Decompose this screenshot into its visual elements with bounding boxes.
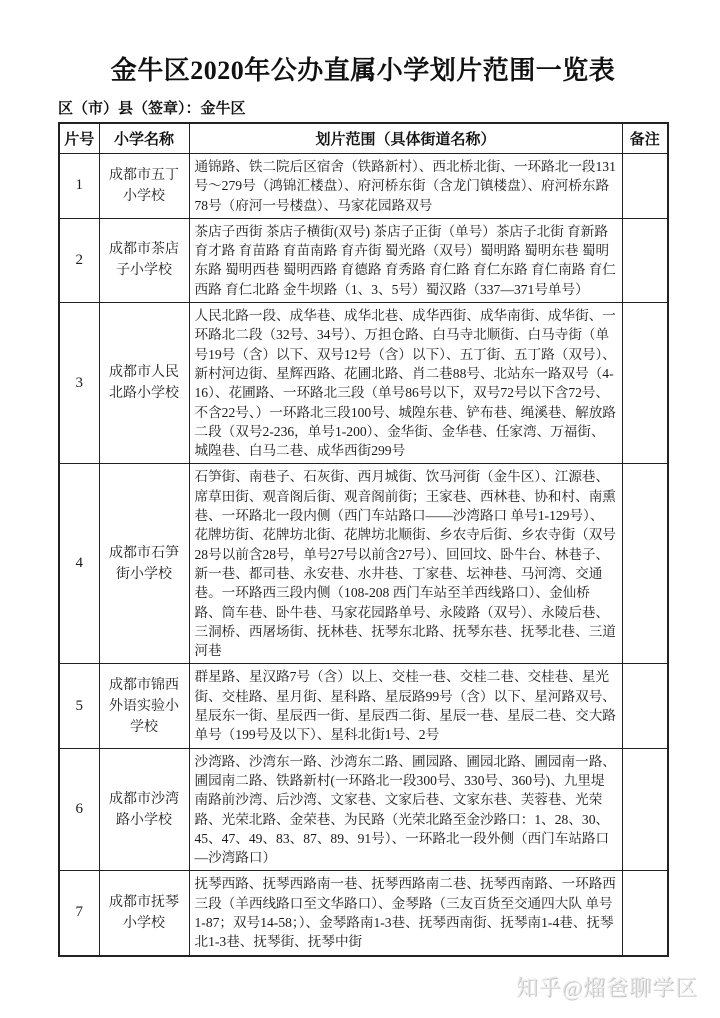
remarks-cell <box>622 218 668 302</box>
header-remarks: 备注 <box>622 123 668 154</box>
piece-number-cell: 7 <box>59 871 99 956</box>
remarks-cell <box>622 154 668 219</box>
piece-number-cell: 4 <box>59 464 99 664</box>
piece-number-cell: 3 <box>59 303 99 464</box>
document-page: 金牛区2020年公办直属小学划片范围一览表 区（市）县（签章）：金牛区 片号 小… <box>58 0 668 957</box>
header-school-name: 小学名称 <box>99 123 189 154</box>
header-piece-number: 片号 <box>59 123 99 154</box>
piece-number-cell: 2 <box>59 218 99 302</box>
zoning-range-cell: 石笋街、南巷子、石灰街、西月城街、饮马河街（金牛区）、江源巷、席草田街、观音阁后… <box>189 464 622 664</box>
table-row: 2 成都市茶店子小学校 茶店子西街 茶店子横街(双号) 茶店子正街（单号）茶店子… <box>59 218 668 302</box>
school-name-cell: 成都市茶店子小学校 <box>99 218 189 302</box>
zoning-range-cell: 通锦路、铁二院后区宿舍（铁路新村）、西北桥北街、一环路北一段131号～279号（… <box>189 154 622 219</box>
zoning-range-cell: 沙湾路、沙湾东一路、沙湾东二路、圃园路、圃园北路、圃园南一路、圃园南二路、铁路新… <box>189 748 622 871</box>
remarks-cell <box>622 664 668 748</box>
header-zoning-range: 划片范围（具体街道名称） <box>189 123 622 154</box>
table-row: 6 成都市沙湾路小学校 沙湾路、沙湾东一路、沙湾东二路、圃园路、圃园北路、圃园南… <box>59 748 668 871</box>
district-signature-line: 区（市）县（签章）：金牛区 <box>58 97 668 118</box>
remarks-cell <box>622 748 668 871</box>
table-row: 3 成都市人民北路小学校 人民北路一段、成华巷、成华北巷、成华西街、成华南街、成… <box>59 303 668 464</box>
school-name-cell: 成都市抚琴小学校 <box>99 871 189 956</box>
zhihu-watermark: 知乎@熘爸聊学区 <box>516 971 698 1002</box>
piece-number-cell: 5 <box>59 664 99 748</box>
school-name-cell: 成都市石笋街小学校 <box>99 464 189 664</box>
table-row: 4 成都市石笋街小学校 石笋街、南巷子、石灰街、西月城街、饮马河街（金牛区）、江… <box>59 464 668 664</box>
school-name-cell: 成都市人民北路小学校 <box>99 303 189 464</box>
table-row: 5 成都市锦西外语实验小学校 群星路、星汉路7号（含）以上、交桂一巷、交桂二巷、… <box>59 664 668 748</box>
school-zoning-table: 片号 小学名称 划片范围（具体街道名称） 备注 1 成都市五丁小学校 通锦路、铁… <box>58 122 669 957</box>
zoning-range-cell: 人民北路一段、成华巷、成华北巷、成华西街、成华南街、成华街、一环路北二段（32号… <box>189 303 622 464</box>
remarks-cell <box>622 464 668 664</box>
school-name-cell: 成都市锦西外语实验小学校 <box>99 664 189 748</box>
school-table-body: 1 成都市五丁小学校 通锦路、铁二院后区宿舍（铁路新村）、西北桥北街、一环路北一… <box>59 154 668 956</box>
zoning-range-cell: 茶店子西街 茶店子横街(双号) 茶店子正街（单号）茶店子北街 育新路 育才路 育… <box>189 218 622 302</box>
page-title: 金牛区2020年公办直属小学划片范围一览表 <box>58 50 668 87</box>
school-name-cell: 成都市沙湾路小学校 <box>99 748 189 871</box>
piece-number-cell: 1 <box>59 154 99 219</box>
table-row: 1 成都市五丁小学校 通锦路、铁二院后区宿舍（铁路新村）、西北桥北街、一环路北一… <box>59 154 668 219</box>
school-name-cell: 成都市五丁小学校 <box>99 154 189 219</box>
piece-number-cell: 6 <box>59 748 99 871</box>
table-row: 7 成都市抚琴小学校 抚琴西路、抚琴西路南一巷、抚琴西路南二巷、抚琴西南路、一环… <box>59 871 668 956</box>
table-header: 片号 小学名称 划片范围（具体街道名称） 备注 <box>59 123 668 154</box>
zoning-range-cell: 群星路、星汉路7号（含）以上、交桂一巷、交桂二巷、交桂巷、星光街、交桂路、星月街… <box>189 664 622 748</box>
zoning-range-cell: 抚琴西路、抚琴西路南一巷、抚琴西路南二巷、抚琴西南路、一环路西三段（羊西线路口至… <box>189 871 622 956</box>
remarks-cell <box>622 303 668 464</box>
remarks-cell <box>622 871 668 956</box>
